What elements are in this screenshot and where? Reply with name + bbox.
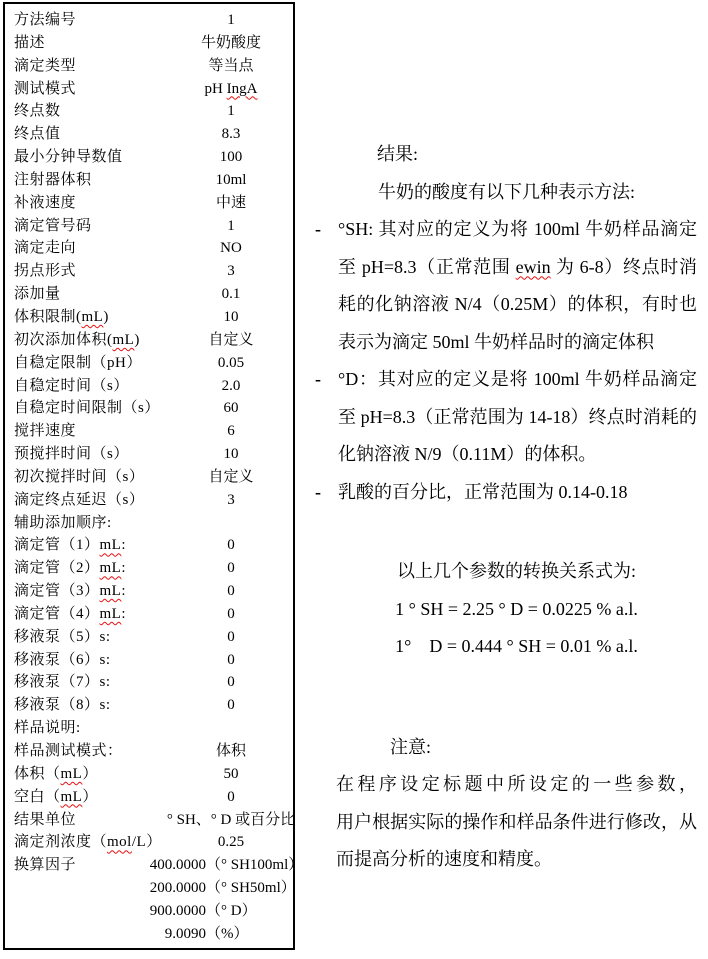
row-value: 8.3 (165, 123, 297, 146)
row-label: 终点值 (14, 123, 61, 146)
row-label: 拐点形式 (14, 260, 76, 283)
formula-line-2: 1° D = 0.444 ° SH = 0.01 % a.l. (336, 628, 697, 666)
table-row: 移液泵（6）s:0 (5, 649, 293, 672)
table-row: 移液泵（5）s:0 (5, 626, 293, 649)
table-row: 方法编号1 (5, 9, 293, 32)
method-parameter-table: 方法编号1描述牛奶酸度滴定类型等当点测试模式pH IngA终点数1终点值8.3最… (3, 2, 295, 950)
row-label: 辅助添加顺序: (14, 512, 112, 535)
table-row: 滴定走向NO (5, 237, 293, 260)
row-value: 0 (165, 557, 297, 580)
table-row: 滴定管（3）mL:0 (5, 580, 293, 603)
row-label: 滴定终点延迟（s） (14, 489, 144, 512)
bullet-dash-marker: - (315, 361, 321, 399)
table-row: 终点值8.3 (5, 123, 293, 146)
row-label: 样品说明: (14, 717, 81, 740)
row-label: 滴定管（1）mL: (14, 534, 126, 557)
conversion-block: 以上几个参数的转换关系式为: 1 ° SH = 2.25 ° D = 0.022… (336, 553, 697, 666)
row-value: 200.0000（° SH50ml） (140, 877, 296, 900)
bullet-item: -乳酸的百分比，正常范围为 0.14-0.18 (302, 474, 697, 512)
row-value: 0 (165, 603, 297, 626)
row-label: 滴定管号码 (14, 215, 92, 238)
table-row: 自稳定时间（s）2.0 (5, 375, 293, 398)
spellcheck-squiggle: IngA (227, 81, 258, 97)
table-row: 滴定类型等当点 (5, 55, 293, 78)
row-label: 滴定走向 (14, 237, 76, 260)
table-row: 滴定管（4）mL:0 (5, 603, 293, 626)
table-row: 滴定剂浓度（mol/L）0.25 (5, 831, 293, 854)
row-value: 自定义 (165, 329, 297, 352)
row-label: 添加量 (14, 283, 61, 306)
intro-line: 牛奶的酸度有以下几种表示方法: (378, 174, 702, 212)
row-value: 自定义 (165, 466, 297, 489)
table-row: 自稳定时间限制（s）60 (5, 397, 293, 420)
table-row: 滴定管（2）mL:0 (5, 557, 293, 580)
table-row: 添加量0.1 (5, 283, 293, 306)
table-row: 搅拌速度6 (5, 420, 293, 443)
row-value: 0 (165, 694, 297, 717)
row-value: 0 (165, 580, 297, 603)
row-value: 3 (165, 489, 297, 512)
row-value: 0.1 (165, 283, 297, 306)
row-value: 等当点 (165, 55, 297, 78)
row-value: 50 (165, 763, 297, 786)
row-value: 体积 (165, 740, 297, 763)
row-label: 终点数 (14, 100, 61, 123)
bullet-dash-marker: - (315, 211, 321, 249)
row-label: 补液速度 (14, 192, 76, 215)
row-value: 10 (165, 306, 297, 329)
row-label: 自稳定时间限制（s） (14, 397, 160, 420)
row-label: 测试模式 (14, 78, 76, 101)
table-row: 200.0000（° SH50ml） (5, 877, 293, 900)
spellcheck-squiggle: mL (82, 309, 104, 325)
note-heading: 注意: (390, 729, 702, 767)
row-value: 3 (165, 260, 297, 283)
row-value: 0 (165, 671, 297, 694)
spellcheck-squiggle: mL (61, 766, 83, 782)
row-label: 结果单位 (14, 809, 76, 832)
table-row: 移液泵（7）s:0 (5, 671, 293, 694)
note-line: 在程序设定标题中所设定的一些参数， (336, 766, 697, 804)
row-label: 滴定剂浓度（mol/L） (14, 831, 162, 854)
row-value: 0 (165, 626, 297, 649)
conversion-heading: 以上几个参数的转换关系式为: (336, 553, 697, 591)
table-row: 终点数1 (5, 100, 293, 123)
row-label: 移液泵（7）s: (14, 671, 111, 694)
table-row: 初次添加体积(mL)自定义 (5, 329, 293, 352)
row-value: 0 (165, 649, 297, 672)
row-label: 移液泵（6）s: (14, 649, 111, 672)
row-label: 空白（mL） (14, 786, 98, 809)
table-row: 900.0000（° D） (5, 900, 293, 923)
spellcheck-squiggle: ewin (516, 257, 551, 277)
row-label: 自稳定时间（s） (14, 375, 129, 398)
row-label: 方法编号 (14, 9, 76, 32)
table-row: 最小分钟导数值100 (5, 146, 293, 169)
row-value: 0 (165, 534, 297, 557)
row-value: 10 (165, 443, 297, 466)
row-label: 滴定类型 (14, 55, 76, 78)
acidity-bullet-list: -°SH: 其对应的定义为将 100ml 牛奶样品滴定至 pH=8.3（正常范围… (302, 211, 702, 511)
spellcheck-squiggle: mol (107, 834, 132, 850)
factor-number: 200.0000 (140, 877, 206, 900)
table-row: 补液速度中速 (5, 192, 293, 215)
table-row: 体积（mL）50 (5, 763, 293, 786)
bullet-item: -°SH: 其对应的定义为将 100ml 牛奶样品滴定至 pH=8.3（正常范围… (302, 211, 697, 361)
row-label: 移液泵（5）s: (14, 626, 111, 649)
table-row: 体积限制(mL)10 (5, 306, 293, 329)
row-label: 自稳定限制（pH） (14, 352, 142, 375)
spellcheck-squiggle: mL (100, 606, 122, 622)
row-value: 0 (165, 786, 297, 809)
table-row: 结果单位° SH、° D 或百分比 (5, 809, 293, 832)
bullet-item: -°D：其对应的定义是将 100ml 牛奶样品滴定至 pH=8.3（正常范围为 … (302, 361, 697, 474)
row-label: 滴定管（4）mL: (14, 603, 126, 626)
row-value: 1 (165, 215, 297, 238)
row-label: 换算因子 (14, 854, 76, 877)
note-line: 用户根据实际的操作和样品条件进行修改，从 (336, 804, 697, 842)
row-value: NO (165, 237, 297, 260)
row-value: 1 (165, 100, 297, 123)
row-label: 预搅拌时间（s） (14, 443, 129, 466)
spellcheck-squiggle: mL (100, 537, 122, 553)
table-row: 拐点形式3 (5, 260, 293, 283)
row-label: 初次搅拌时间（s） (14, 466, 144, 489)
row-label: 搅拌速度 (14, 420, 76, 443)
table-row: 描述牛奶酸度 (5, 32, 293, 55)
spellcheck-squiggle: mL (100, 560, 122, 576)
row-value: 400.0000（° SH100ml） (140, 854, 296, 877)
row-value: 0.05 (165, 352, 297, 375)
row-value: 2.0 (165, 375, 297, 398)
table-row: 测试模式pH IngA (5, 78, 293, 101)
row-value: 60 (165, 397, 297, 420)
table-row: 初次搅拌时间（s）自定义 (5, 466, 293, 489)
table-row: 滴定终点延迟（s）3 (5, 489, 293, 512)
spellcheck-squiggle: mL (100, 583, 122, 599)
table-row: 自稳定限制（pH）0.05 (5, 352, 293, 375)
row-label: 滴定管（3）mL: (14, 580, 126, 603)
table-row: 换算因子400.0000（° SH100ml） (5, 854, 293, 877)
table-row: 9.0090（%） (5, 923, 293, 946)
factor-number: 900.0000 (140, 900, 206, 923)
table-row: 辅助添加顺序: (5, 512, 293, 535)
row-value: 9.0090（%） (140, 923, 296, 946)
factor-number: 400.0000 (140, 854, 206, 877)
row-value: 0.25 (165, 831, 297, 854)
table-row: 滴定管（1）mL:0 (5, 534, 293, 557)
row-label: 体积限制(mL) (14, 306, 109, 329)
formula-line-1: 1 ° SH = 2.25 ° D = 0.0225 % a.l. (336, 591, 697, 629)
row-value: 6 (165, 420, 297, 443)
spellcheck-squiggle: mL (61, 789, 83, 805)
row-label: 移液泵（8）s: (14, 694, 111, 717)
spellcheck-squiggle: mL (113, 332, 135, 348)
row-value: pH IngA (165, 78, 297, 101)
row-label: 注射器体积 (14, 169, 92, 192)
bullet-dash-marker: - (315, 474, 321, 512)
row-value: 牛奶酸度 (165, 32, 297, 55)
row-label: 最小分钟导数值 (14, 146, 123, 169)
row-label: 滴定管（2）mL: (14, 557, 126, 580)
row-value: 10ml (165, 169, 297, 192)
table-row: 注射器体积10ml (5, 169, 293, 192)
row-label: 初次添加体积(mL) (14, 329, 140, 352)
table-row: 移液泵（8）s:0 (5, 694, 293, 717)
row-label: 样品测试模式： (14, 740, 123, 763)
row-label: 体积（mL） (14, 763, 98, 786)
note-line: 而提高分析的速度和精度。 (336, 841, 697, 879)
table-row: 样品测试模式：体积 (5, 740, 293, 763)
table-row: 滴定管号码1 (5, 215, 293, 238)
explanation-column: 结果: 牛奶的酸度有以下几种表示方法: -°SH: 其对应的定义为将 100ml… (302, 136, 702, 879)
row-value: 1 (165, 9, 297, 32)
note-body: 在程序设定标题中所设定的一些参数， 用户根据实际的操作和样品条件进行修改，从 而… (336, 766, 697, 879)
table-row: 样品说明: (5, 717, 293, 740)
row-value: 100 (165, 146, 297, 169)
result-heading: 结果: (377, 136, 702, 174)
row-value: 中速 (165, 192, 297, 215)
row-value: ° SH、° D 或百分比 (165, 809, 297, 832)
table-row: 预搅拌时间（s）10 (5, 443, 293, 466)
factor-number: 9.0090 (140, 923, 206, 946)
document-page: 方法编号1描述牛奶酸度滴定类型等当点测试模式pH IngA终点数1终点值8.3最… (0, 0, 708, 959)
table-row: 空白（mL）0 (5, 786, 293, 809)
row-value: 900.0000（° D） (140, 900, 296, 923)
row-label: 描述 (14, 32, 45, 55)
